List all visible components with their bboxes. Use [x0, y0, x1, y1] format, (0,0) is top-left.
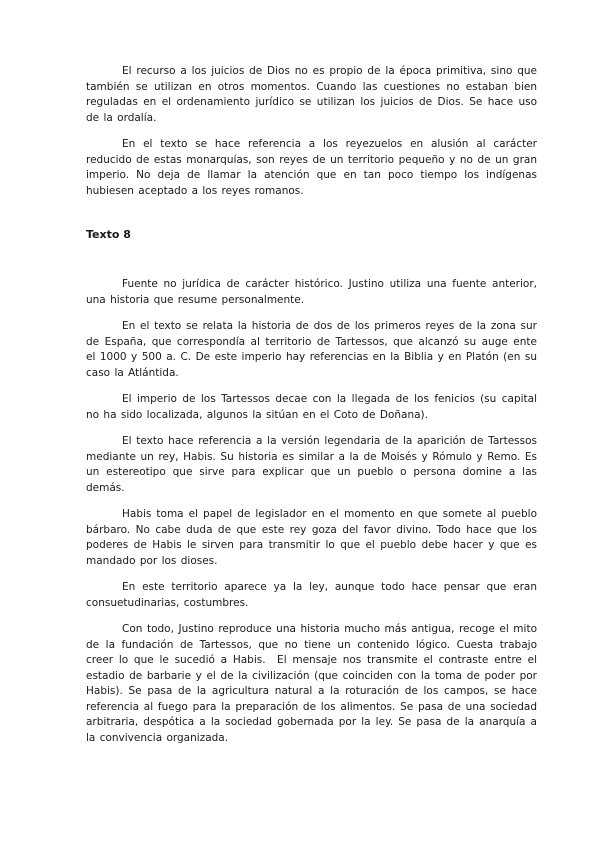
document-page: El recurso a los juicios de Dios no es p… [0, 0, 599, 848]
document-content: El recurso a los juicios de Dios no es p… [86, 64, 537, 746]
body-paragraph: El recurso a los juicios de Dios no es p… [86, 64, 537, 126]
body-paragraph: El imperio de los Tartessos decae con la… [86, 392, 537, 423]
body-paragraph: En este territorio aparece ya la ley, au… [86, 580, 537, 611]
body-paragraph: Con todo, Justino reproduce una historia… [86, 622, 537, 746]
body-paragraph: Fuente no jurídica de carácter histórico… [86, 277, 537, 308]
body-paragraph: Habis toma el papel de legislador en el … [86, 507, 537, 569]
body-paragraph: En el texto se hace referencia a los rey… [86, 137, 537, 199]
body-paragraph: En el texto se relata la historia de dos… [86, 319, 537, 381]
body-paragraph: El texto hace referencia a la versión le… [86, 434, 537, 496]
section-heading: Texto 8 [86, 227, 537, 243]
